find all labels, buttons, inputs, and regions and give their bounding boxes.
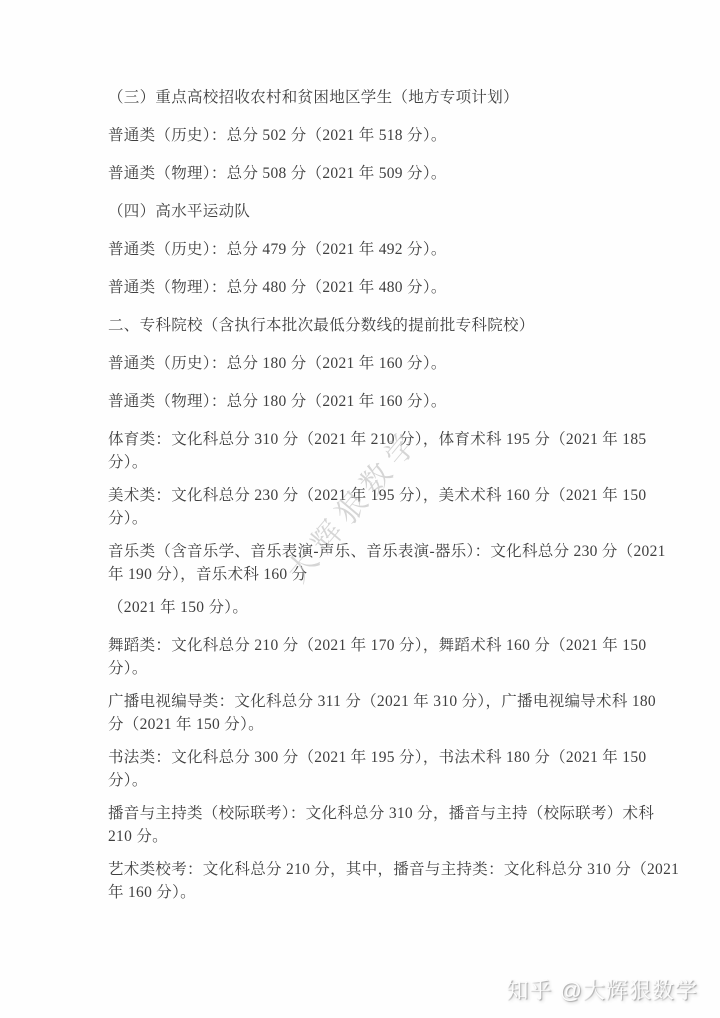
- text-line: 普通类（物理）：总分 480 分（2021 年 480 分）。: [108, 276, 668, 299]
- para-sports: 体育类：文化科总分 310 分（2021 年 210 分），体育术科 195 分…: [108, 428, 668, 474]
- para-calligraphy: 书法类：文化科总分 300 分（2021 年 195 分），书法术科 180 分…: [108, 746, 668, 792]
- text-line: 分）。: [108, 769, 668, 792]
- text-line: 普通类（历史）：总分 180 分（2021 年 160 分）。: [108, 352, 668, 375]
- zhihu-watermark: 知乎 @大辉狠数学: [507, 974, 698, 1005]
- line-general-physics-180: 普通类（物理）：总分 180 分（2021 年 160 分）。: [108, 390, 668, 413]
- text-line: 分）。: [108, 451, 668, 474]
- text-line: 分（2021 年 150 分）。: [108, 713, 668, 736]
- para-music-2021-note: （2021 年 150 分）。: [108, 596, 668, 619]
- text-line: （三）重点高校招收农村和贫困地区学生（地方专项计划）: [108, 86, 668, 109]
- text-line: （2021 年 150 分）。: [108, 596, 668, 619]
- document-body: （三）重点高校招收农村和贫困地区学生（地方专项计划） 普通类（历史）：总分 50…: [108, 86, 668, 914]
- text-line: 普通类（物理）：总分 180 分（2021 年 160 分）。: [108, 390, 668, 413]
- text-line: 舞蹈类：文化科总分 210 分（2021 年 170 分），舞蹈术科 160 分…: [108, 634, 668, 657]
- text-line: 年 190 分），音乐术科 160 分: [108, 563, 668, 586]
- heading-rural-poor-special-plan: （三）重点高校招收农村和贫困地区学生（地方专项计划）: [108, 86, 668, 109]
- para-broadcast-hosting: 播音与主持类（校际联考）：文化科总分 310 分，播音与主持（校际联考）术科 2…: [108, 802, 668, 848]
- text-line: 分）。: [108, 507, 668, 530]
- heading-high-level-sports-team: （四）高水平运动队: [108, 200, 668, 223]
- para-fine-arts: 美术类：文化科总分 230 分（2021 年 195 分），美术术科 160 分…: [108, 484, 668, 530]
- heading-junior-colleges: 二、专科院校（含执行本批次最低分数线的提前批专科院校）: [108, 314, 668, 337]
- para-broadcast-editing: 广播电视编导类：文化科总分 311 分（2021 年 310 分），广播电视编导…: [108, 690, 668, 736]
- text-line: 二、专科院校（含执行本批次最低分数线的提前批专科院校）: [108, 314, 668, 337]
- text-line: 普通类（物理）：总分 508 分（2021 年 509 分）。: [108, 162, 668, 185]
- text-line: 年 160 分）。: [108, 881, 668, 904]
- text-line: 普通类（历史）：总分 502 分（2021 年 518 分）。: [108, 124, 668, 147]
- para-art-school-exam: 艺术类校考：文化科总分 210 分，其中，播音与主持类：文化科总分 310 分（…: [108, 858, 668, 904]
- para-music: 音乐类（含音乐学、音乐表演-声乐、音乐表演-器乐）：文化科总分 230 分（20…: [108, 540, 668, 586]
- text-line: 播音与主持类（校际联考）：文化科总分 310 分，播音与主持（校际联考）术科: [108, 802, 668, 825]
- text-line: 书法类：文化科总分 300 分（2021 年 195 分），书法术科 180 分…: [108, 746, 668, 769]
- text-line: 艺术类校考：文化科总分 210 分，其中，播音与主持类：文化科总分 310 分（…: [108, 858, 668, 881]
- text-line: 普通类（历史）：总分 479 分（2021 年 492 分）。: [108, 238, 668, 261]
- text-line: 体育类：文化科总分 310 分（2021 年 210 分），体育术科 195 分…: [108, 428, 668, 451]
- text-line: 广播电视编导类：文化科总分 311 分（2021 年 310 分），广播电视编导…: [108, 690, 668, 713]
- text-line: （四）高水平运动队: [108, 200, 668, 223]
- line-general-physics-480: 普通类（物理）：总分 480 分（2021 年 480 分）。: [108, 276, 668, 299]
- text-line: 210 分。: [108, 825, 668, 848]
- para-dance: 舞蹈类：文化科总分 210 分（2021 年 170 分），舞蹈术科 160 分…: [108, 634, 668, 680]
- text-line: 美术类：文化科总分 230 分（2021 年 195 分），美术术科 160 分…: [108, 484, 668, 507]
- text-line: 音乐类（含音乐学、音乐表演-声乐、音乐表演-器乐）：文化科总分 230 分（20…: [108, 540, 668, 563]
- line-general-history-479: 普通类（历史）：总分 479 分（2021 年 492 分）。: [108, 238, 668, 261]
- line-general-history-180: 普通类（历史）：总分 180 分（2021 年 160 分）。: [108, 352, 668, 375]
- line-general-history-502: 普通类（历史）：总分 502 分（2021 年 518 分）。: [108, 124, 668, 147]
- line-general-physics-508: 普通类（物理）：总分 508 分（2021 年 509 分）。: [108, 162, 668, 185]
- text-line: 分）。: [108, 657, 668, 680]
